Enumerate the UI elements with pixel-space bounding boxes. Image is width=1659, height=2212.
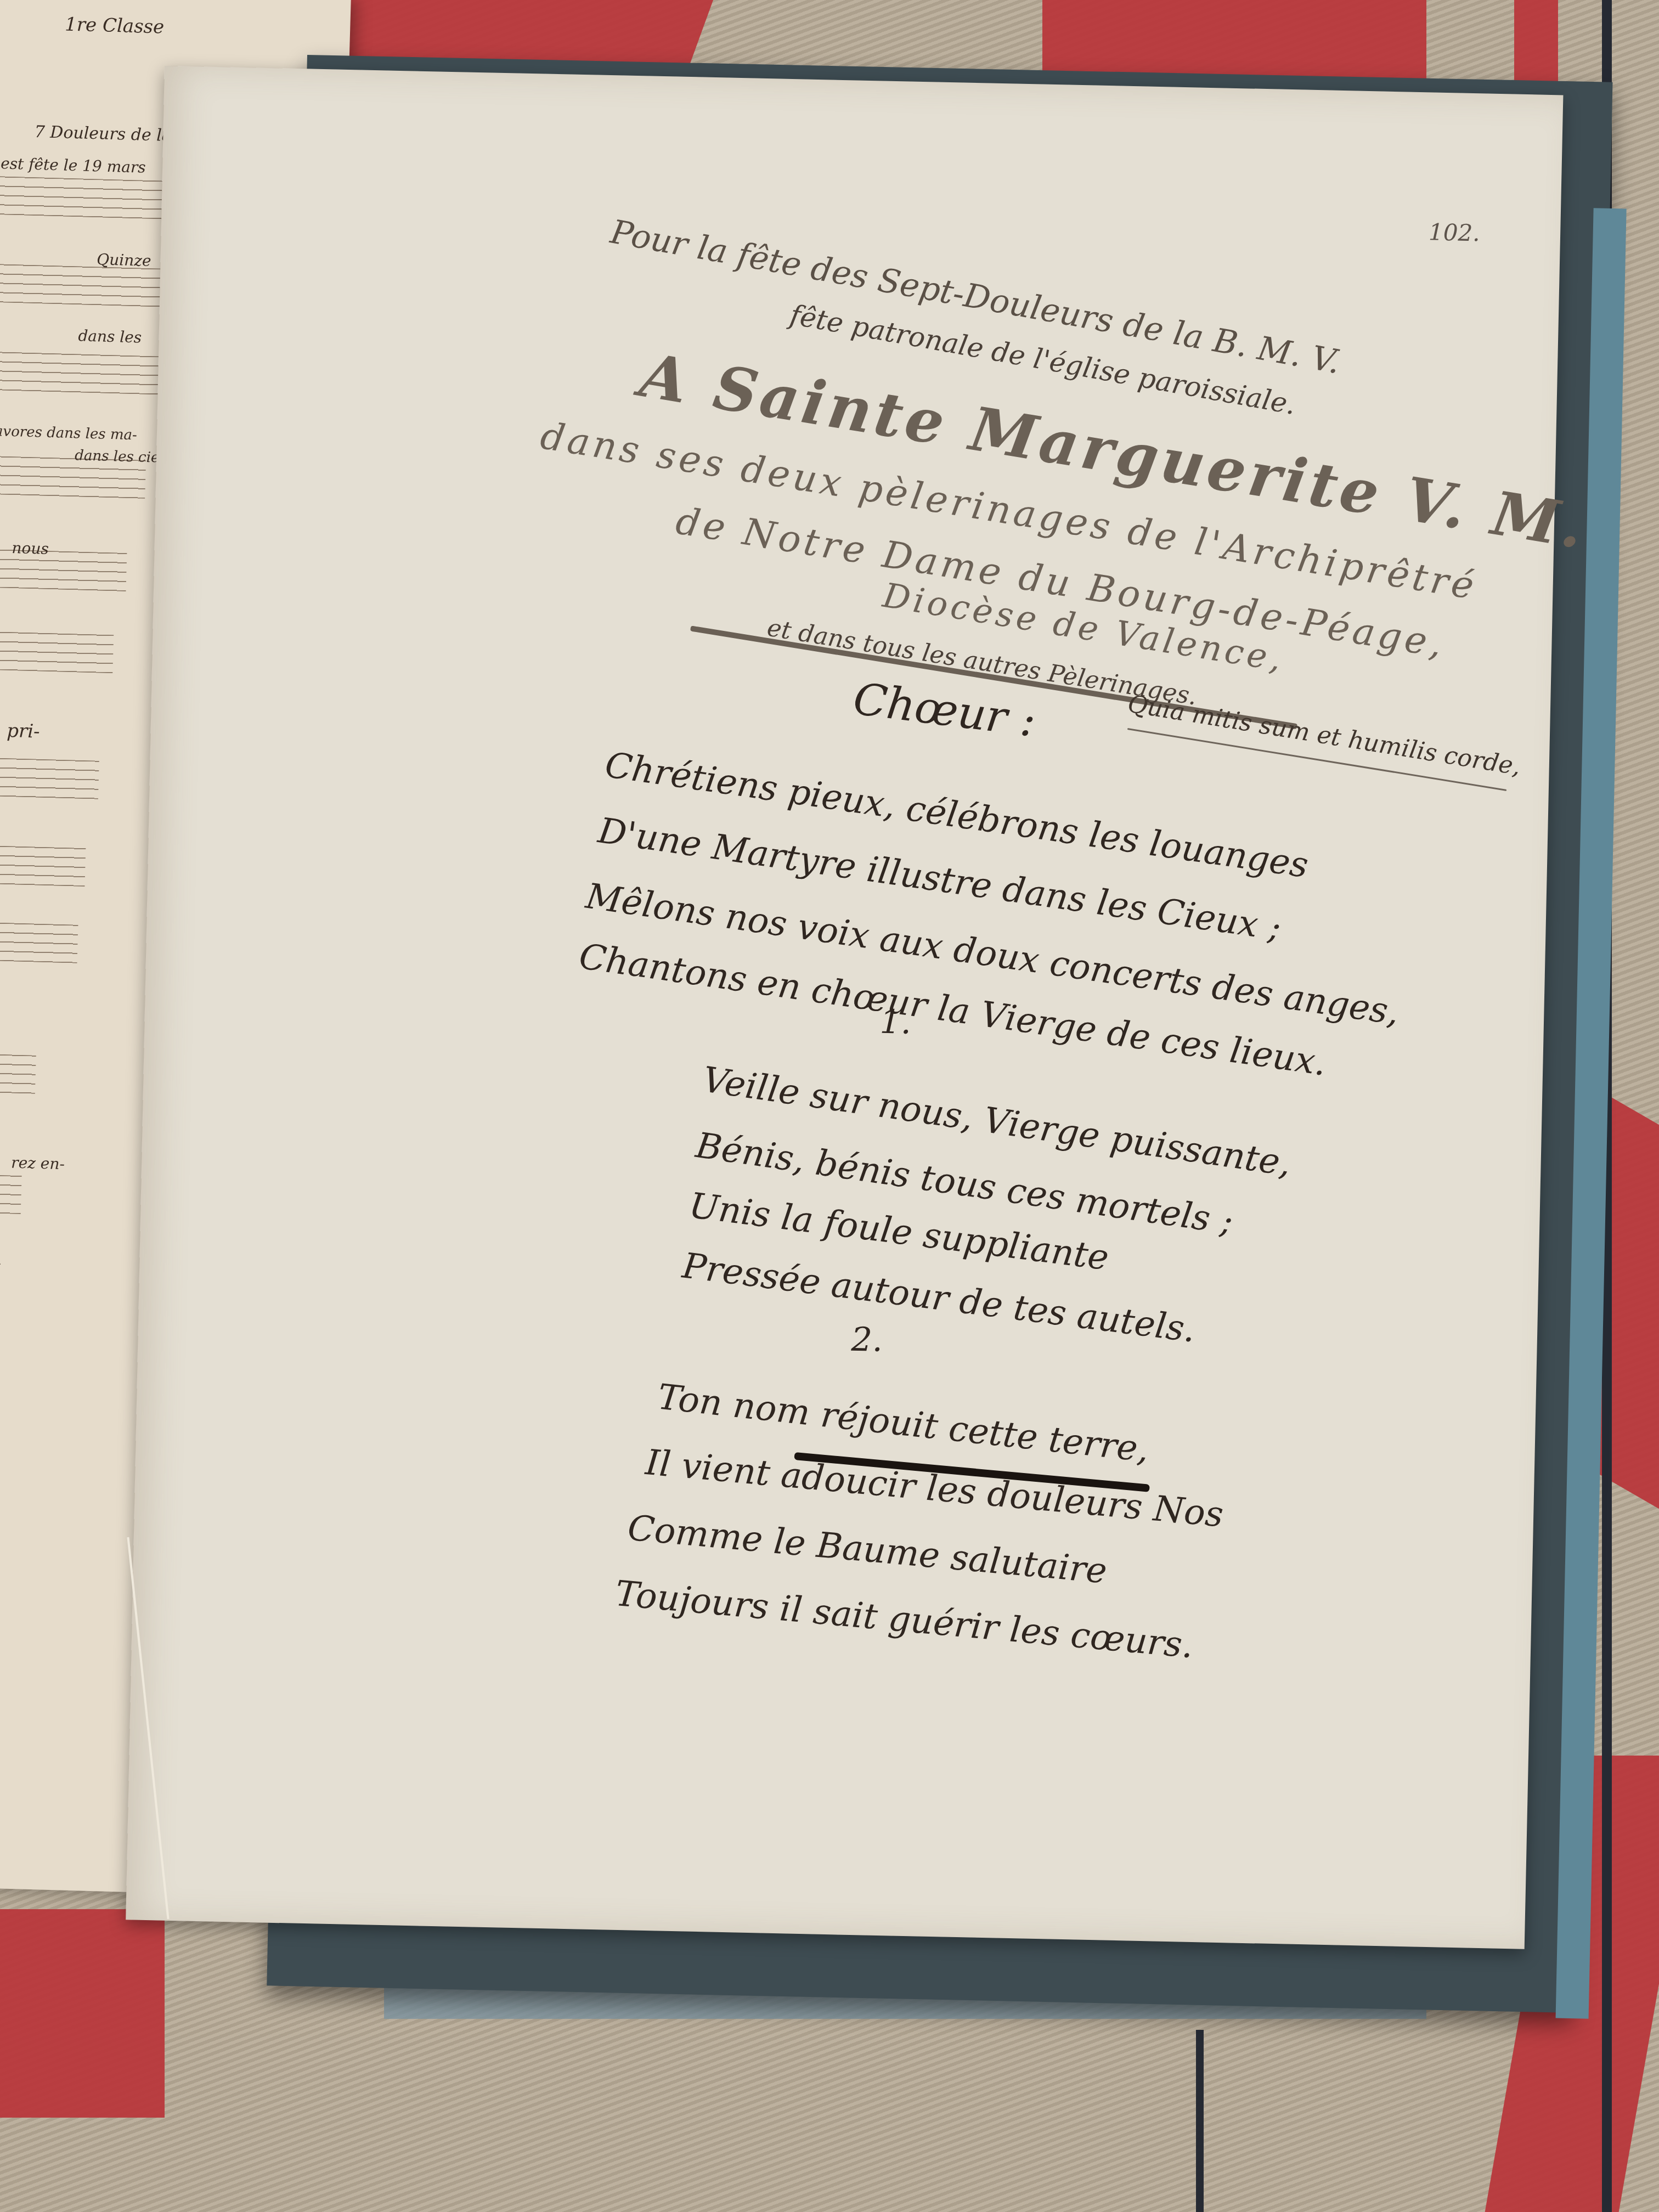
music-staff [0, 921, 78, 963]
chorus-heading: Chœur : [850, 673, 1039, 747]
margin-note: ravores dans les ma- [0, 423, 137, 444]
margin-note: rez en- [11, 1154, 65, 1173]
page-number: 102. [1429, 218, 1481, 246]
verse-2-number: 2. [851, 1321, 883, 1359]
verse-2-line-3: Comme le Baume salutaire [626, 1508, 1109, 1592]
textile-red-stripe [0, 1909, 165, 2118]
right-page-manuscript: 102. Pour la fête des Sept-Douleurs de l… [126, 66, 1563, 1949]
margin-note: pat [0, 1257, 1, 1276]
music-staff [0, 631, 114, 674]
music-staff [0, 757, 99, 799]
margin-note: dans les [78, 326, 142, 346]
margin-note: nous [12, 539, 49, 558]
textile-black-stripe [1196, 2030, 1204, 2212]
music-staff [0, 1173, 22, 1214]
epigraph: Quia mitis sum et humilis corde, [1126, 690, 1523, 781]
music-staff [0, 1053, 36, 1093]
music-staff [0, 351, 165, 395]
verse-1-line-4: Pressée autour de tes autels. [680, 1246, 1198, 1351]
margin-note: Quinze [97, 250, 151, 270]
margin-note: pri- [7, 720, 40, 743]
margin-note: est fête le 19 mars [1, 154, 146, 176]
margin-note: 1re Classe [65, 13, 165, 38]
music-staff [0, 844, 86, 887]
verse-2-line-4: Toujours il sait guérir les cœurs. [614, 1573, 1195, 1667]
verse-1-number: 1. [879, 1003, 912, 1042]
music-staff [0, 263, 184, 308]
